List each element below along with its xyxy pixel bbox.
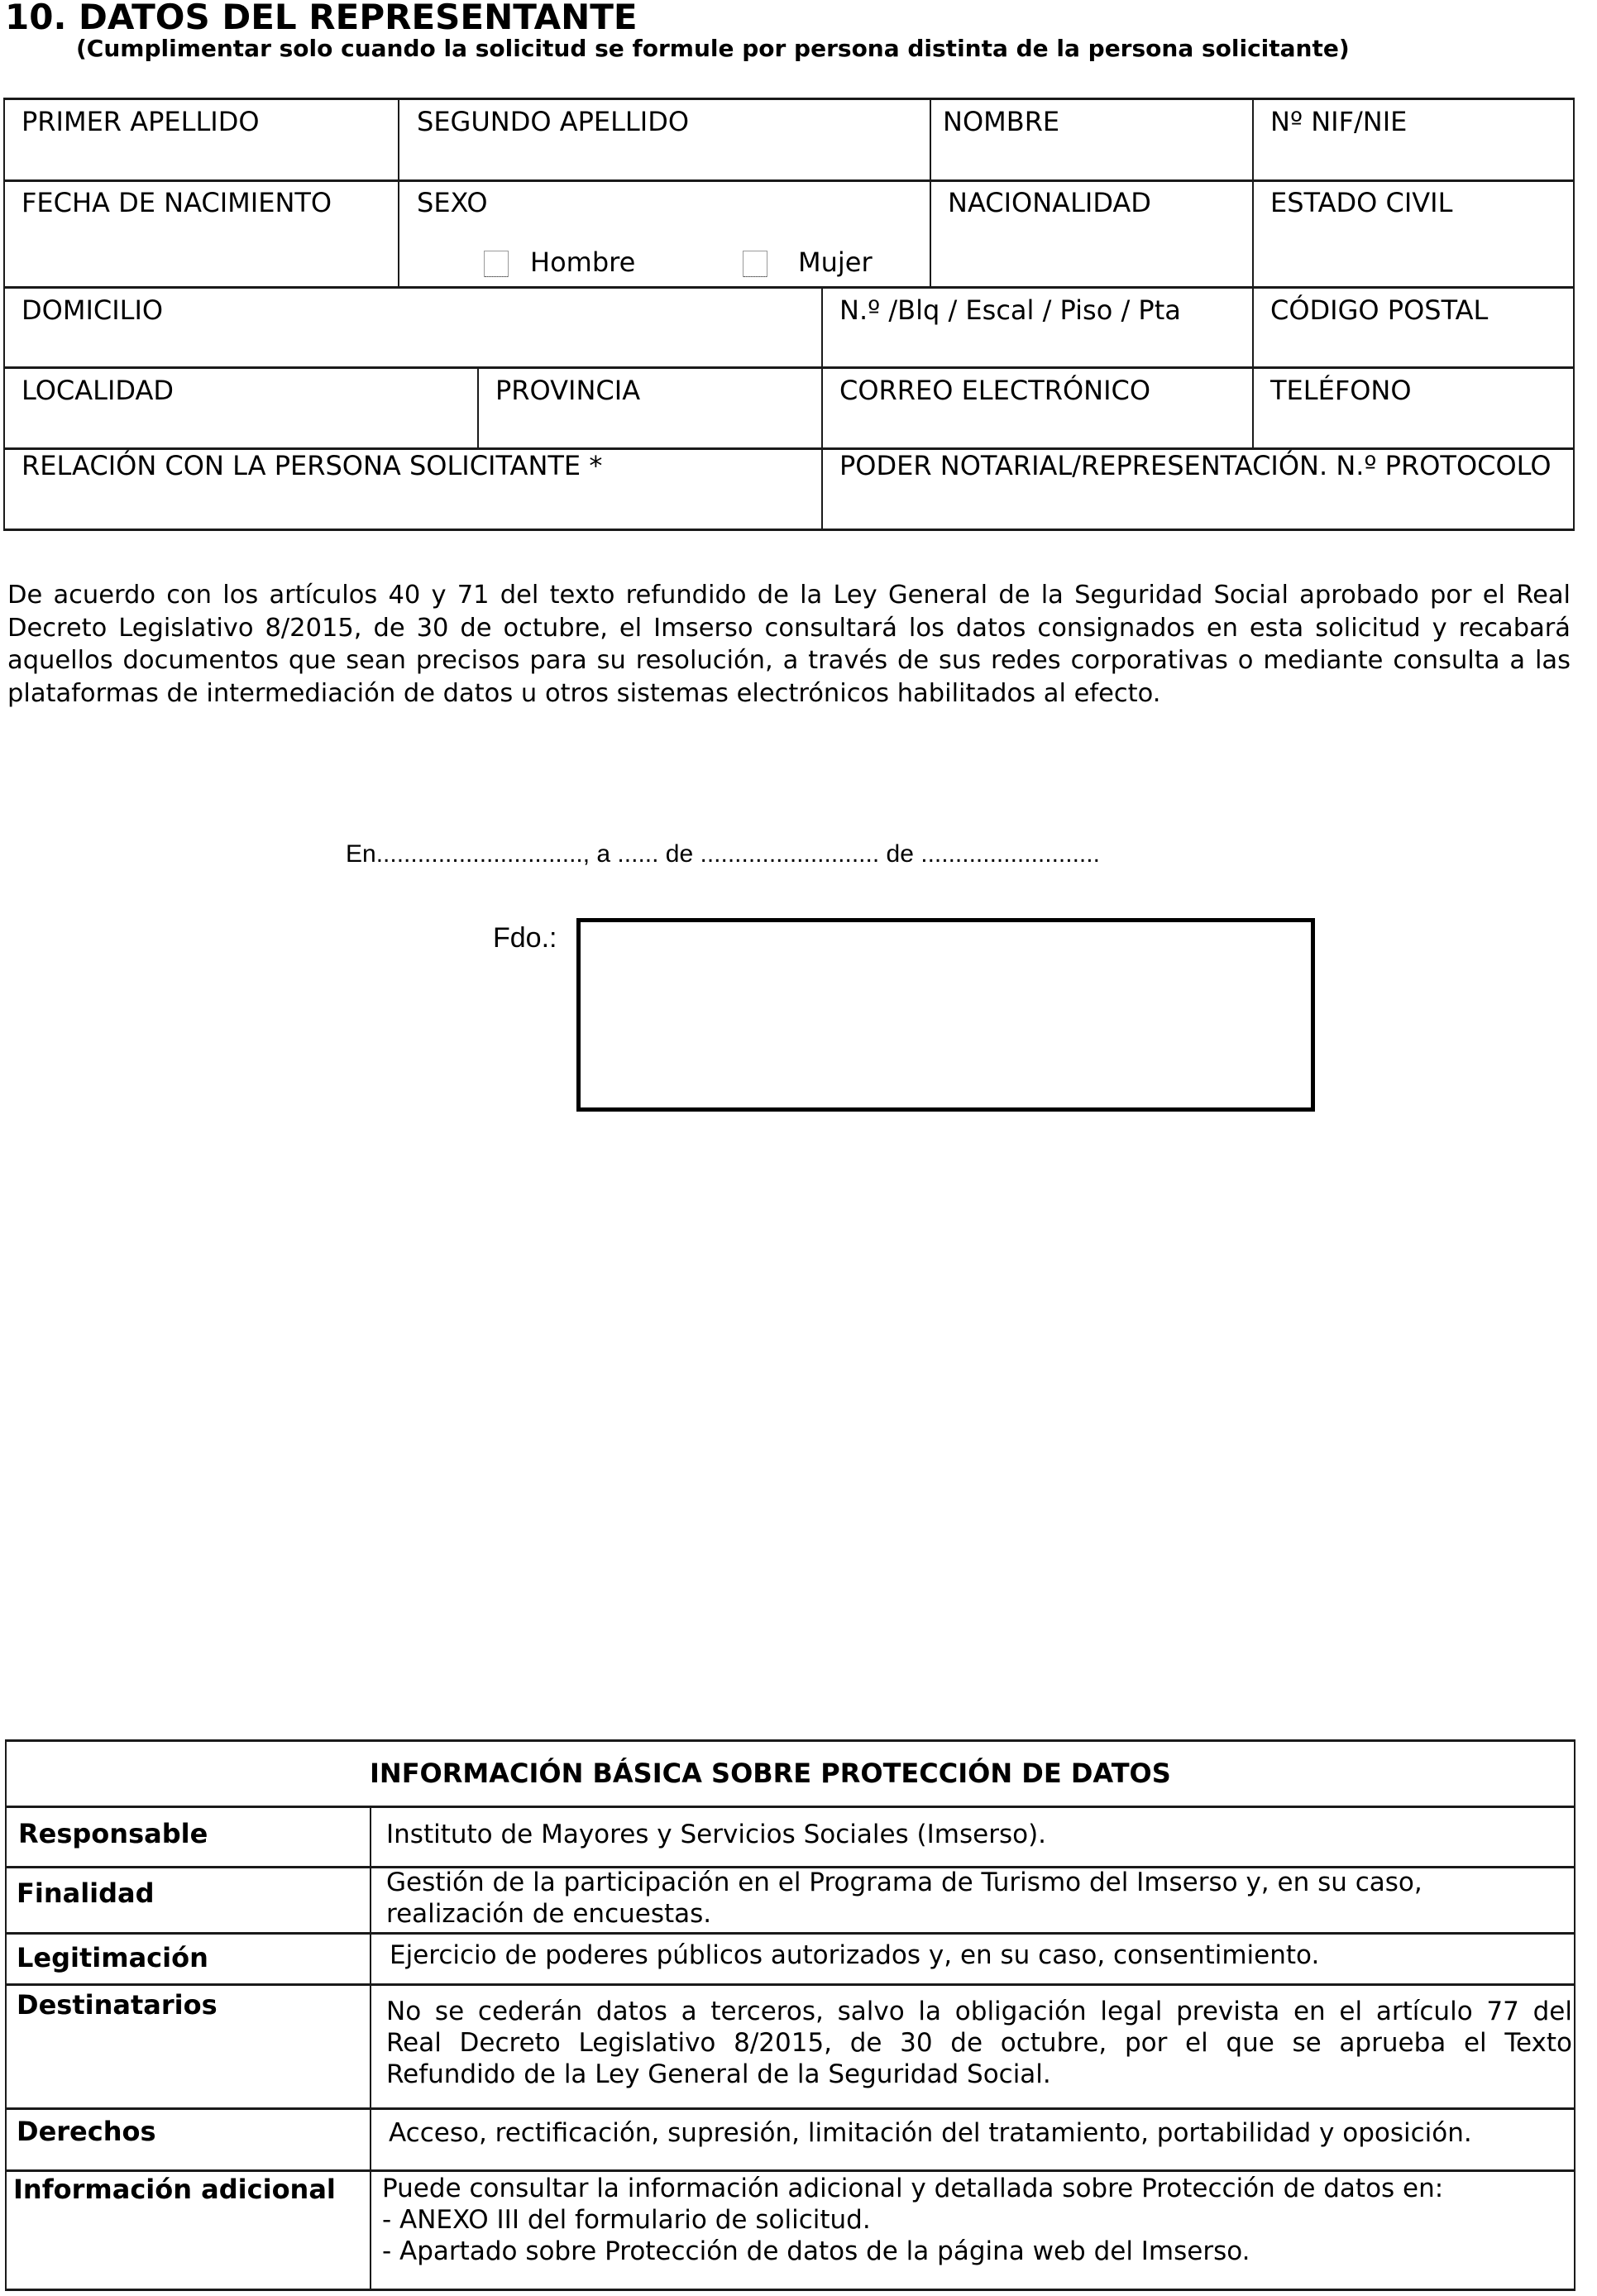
dp-line: - Apartado sobre Protección de datos de … xyxy=(382,2236,1558,2267)
form-col-divider xyxy=(398,98,399,287)
dp-line: Real Decreto Legislativo 8/2015, de 30 d… xyxy=(386,2027,1572,2059)
place-date-line[interactable]: En.............................., a ....… xyxy=(346,840,1100,868)
dp-line: Ejercicio de poderes públicos autorizado… xyxy=(390,1940,1566,1971)
dp-label-finalidad: Finalidad xyxy=(17,1877,155,1909)
form-row-divider xyxy=(3,366,1575,369)
dp-row-divider xyxy=(5,1983,1575,1986)
legal-paragraph: De acuerdo con los artículos 40 y 71 del… xyxy=(7,579,1571,710)
section-subtitle: (Cumplimentar solo cuando la solicitud s… xyxy=(76,35,1350,62)
checkbox-mujer[interactable] xyxy=(743,251,767,277)
field-postal-code[interactable]: CÓDIGO POSTAL xyxy=(1270,294,1488,326)
dp-label-legitimacion: Legitimación xyxy=(17,1942,208,1973)
field-power-of-attorney[interactable]: PODER NOTARIAL/REPRESENTACIÓN. N.º PROTO… xyxy=(839,450,1552,481)
dp-title: INFORMACIÓN BÁSICA SOBRE PROTECCIÓN DE D… xyxy=(370,1758,1279,1789)
dp-row-divider xyxy=(5,1806,1575,1808)
dp-label-responsable: Responsable xyxy=(18,1818,208,1849)
field-locality[interactable]: LOCALIDAD xyxy=(22,375,174,406)
dp-value-finalidad: Gestión de la participación en el Progra… xyxy=(386,1867,1562,1930)
form-col-divider xyxy=(1252,98,1254,287)
dp-value-legitimacion: Ejercicio de poderes públicos autorizado… xyxy=(390,1940,1566,1971)
dp-line: Instituto de Mayores y Servicios Sociale… xyxy=(386,1819,1562,1850)
checkbox-hombre-label: Hombre xyxy=(530,246,635,278)
dp-value-responsable: Instituto de Mayores y Servicios Sociale… xyxy=(386,1819,1562,1850)
form-border-bottom xyxy=(3,529,1575,531)
form-col-divider xyxy=(821,286,823,531)
dp-label-informacion-adicional: Información adicional xyxy=(13,2174,336,2205)
form-col-divider xyxy=(930,98,931,287)
signature-label: Fdo.: xyxy=(493,922,557,954)
dp-row-divider xyxy=(5,2169,1575,2172)
dp-value-derechos: Acceso, rectificación, supresión, limita… xyxy=(389,2117,1565,2149)
dp-col-divider xyxy=(370,1806,371,2291)
field-province[interactable]: PROVINCIA xyxy=(495,375,640,406)
dp-line: - ANEXO III del formulario de solicitud. xyxy=(382,2204,1558,2236)
dp-border-left xyxy=(5,1739,7,2291)
dp-border-right xyxy=(1574,1739,1575,2291)
form-row-divider xyxy=(3,286,1575,289)
form-border-right xyxy=(1573,98,1575,531)
dp-value-destinatarios: No se cederán datos a terceros, salvo la… xyxy=(386,1996,1572,2090)
form-col-divider xyxy=(1252,286,1254,449)
dp-row-divider xyxy=(5,2107,1575,2110)
dp-border-top xyxy=(5,1739,1575,1742)
dp-row-divider xyxy=(5,1932,1575,1935)
checkbox-hombre[interactable] xyxy=(484,251,509,277)
field-first-surname[interactable]: PRIMER APELLIDO xyxy=(22,106,260,137)
field-phone[interactable]: TELÉFONO xyxy=(1270,375,1412,406)
dp-line: Gestión de la participación en el Progra… xyxy=(386,1867,1562,1898)
dp-label-derechos: Derechos xyxy=(17,2116,156,2147)
form-border-left xyxy=(3,98,5,531)
dp-line: No se cederán datos a terceros, salvo la… xyxy=(386,1996,1572,2027)
dp-line: Refundido de la Ley General de la Seguri… xyxy=(386,2059,1572,2090)
field-birth-date[interactable]: FECHA DE NACIMIENTO xyxy=(22,187,332,218)
field-civil-status[interactable]: ESTADO CIVIL xyxy=(1270,187,1452,218)
field-sex: SEXO xyxy=(417,187,488,218)
form-row-divider xyxy=(3,179,1575,182)
checkbox-mujer-label: Mujer xyxy=(798,246,873,278)
field-nationality[interactable]: NACIONALIDAD xyxy=(948,187,1151,218)
form-col-divider xyxy=(477,366,479,449)
field-email[interactable]: CORREO ELECTRÓNICO xyxy=(839,375,1150,406)
signature-box[interactable] xyxy=(576,918,1315,1112)
dp-label-destinatarios: Destinatarios xyxy=(17,1989,218,2021)
field-nif-nie[interactable]: Nº NIF/NIE xyxy=(1270,106,1407,137)
field-address-number[interactable]: N.º /Blq / Escal / Piso / Pta xyxy=(839,294,1181,326)
field-address[interactable]: DOMICILIO xyxy=(22,294,163,326)
field-second-surname[interactable]: SEGUNDO APELLIDO xyxy=(417,106,689,137)
dp-line: Puede consultar la información adicional… xyxy=(382,2173,1558,2204)
dp-line: realización de encuestas. xyxy=(386,1898,1562,1930)
dp-value-informacion-adicional: Puede consultar la información adicional… xyxy=(382,2173,1558,2267)
section-title: 10. DATOS DEL REPRESENTANTE xyxy=(5,0,638,37)
form-border-top xyxy=(3,98,1575,100)
dp-border-bottom xyxy=(5,2289,1575,2291)
dp-line: Acceso, rectificación, supresión, limita… xyxy=(389,2117,1565,2149)
field-name[interactable]: NOMBRE xyxy=(943,106,1059,137)
field-relationship[interactable]: RELACIÓN CON LA PERSONA SOLICITANTE * xyxy=(22,450,602,481)
